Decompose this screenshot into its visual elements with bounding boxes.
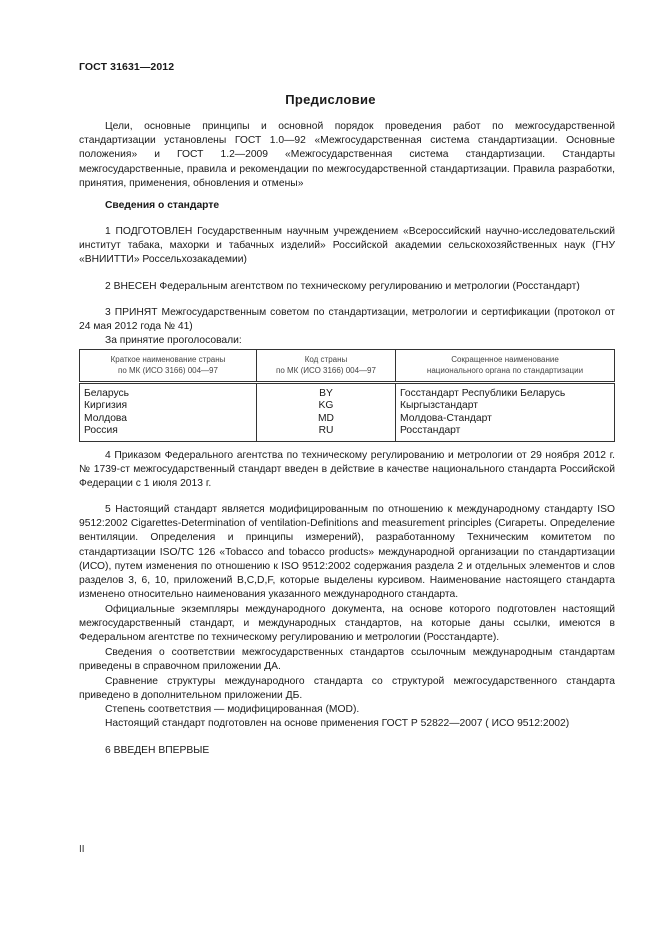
- item-3: 3 ПРИНЯТ Межгосударственным советом по с…: [79, 306, 615, 334]
- section-heading: Сведения о стандарте: [105, 200, 219, 211]
- item-5-basis: Настоящий стандарт подготовлен на основе…: [105, 717, 569, 731]
- table-row: Молдова MD Молдова-Стандарт: [80, 413, 615, 425]
- item-5-comparison: Сравнение структуры международного станд…: [79, 675, 615, 703]
- document-code: ГОСТ 31631—2012: [79, 61, 174, 73]
- item-6: 6 ВВЕДЕН ВПЕРВЫЕ: [105, 744, 209, 758]
- item-5: 5 Настоящий стандарт является модифициро…: [79, 503, 615, 602]
- page-title: Предисловие: [0, 92, 661, 107]
- item-5-official-copies: Официальные экземпляры международного до…: [79, 603, 615, 646]
- table-row: Россия RU Росстандарт: [80, 425, 615, 441]
- vote-label: За принятие проголосовали:: [105, 334, 242, 348]
- table-row: Беларусь BY Госстандарт Республики Белар…: [80, 383, 615, 401]
- item-1: 1 ПОДГОТОВЛЕН Государственным научным уч…: [79, 225, 615, 268]
- header-country-name: Краткое наименование страныпо МК (ИСО 31…: [80, 350, 257, 383]
- header-standards-body: Сокращенное наименованиенационального ор…: [396, 350, 615, 383]
- page-number: II: [79, 844, 85, 855]
- item-2: 2 ВНЕСЕН Федеральным агентством по техни…: [79, 280, 615, 294]
- table-header-row: Краткое наименование страныпо МК (ИСО 31…: [80, 350, 615, 383]
- table-row: Киргизия KG Кыргызстандарт: [80, 400, 615, 412]
- item-5-conformity: Сведения о соответствии межгосударственн…: [79, 646, 615, 674]
- item-4: 4 Приказом Федерального агентства по тех…: [79, 449, 615, 492]
- voting-countries-table: Краткое наименование страныпо МК (ИСО 31…: [79, 349, 615, 442]
- intro-paragraph: Цели, основные принципы и основной поряд…: [79, 120, 615, 191]
- header-country-code: Код страныпо МК (ИСО 3166) 004—97: [257, 350, 396, 383]
- item-5-degree: Степень соответствия — модифицированная …: [105, 703, 359, 717]
